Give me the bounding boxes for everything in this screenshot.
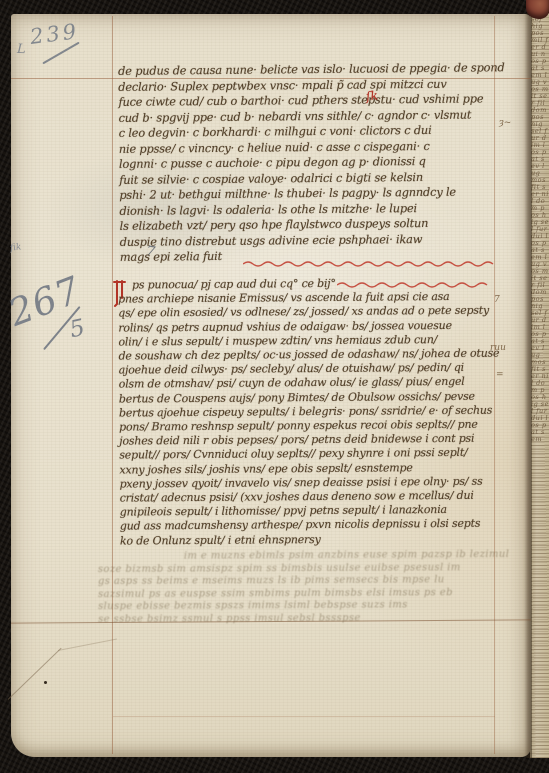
adjacent-page-writing: sof hig pos mil fer dui nos pat sem lug … <box>531 16 549 756</box>
ruling-line-vertical-left <box>112 16 113 754</box>
paragraph-2: ps punocua/ pj cap aud dui cq° ce bij°pn… <box>118 275 516 548</box>
showthrough-line: sazsimul ps as euspse ssim smbims pulm b… <box>98 587 512 602</box>
rubric-squiggle-line-end-p1 <box>243 259 495 269</box>
margin-ink-mark: ruu <box>490 343 506 353</box>
paragraph-1: de pudus de causa nune· belicte vas islo… <box>118 60 516 265</box>
ink-speck <box>44 681 47 684</box>
manuscript-scan: sof hig pos mil fer dui nos pat sem lug … <box>0 0 549 773</box>
margin-ink-mark: ȝ~ <box>499 118 511 128</box>
pencil-corner-bracket: L <box>17 42 26 57</box>
margin-ink-mark: = <box>496 370 504 380</box>
binding-clasp <box>526 0 549 19</box>
margin-ink-mark: 7 <box>494 295 500 305</box>
ruling-line-horizontal-faint <box>113 716 495 717</box>
pencil-margin-note: fik <box>9 242 22 253</box>
rubric-interlinear-insert: ſk <box>365 88 378 103</box>
verso-showthrough-text: im e muzns ebimls psim anzbins euse spim… <box>98 549 512 627</box>
showthrough-line: soze bizmsb sim amsispz spim ss bimsbis … <box>98 562 512 577</box>
page-edge-shadow <box>524 13 532 758</box>
rubric-squiggle-line-end-p2 <box>337 280 497 290</box>
showthrough-line: se ssbse bsimz ssmul s ppss imsul sebsl … <box>98 612 512 627</box>
